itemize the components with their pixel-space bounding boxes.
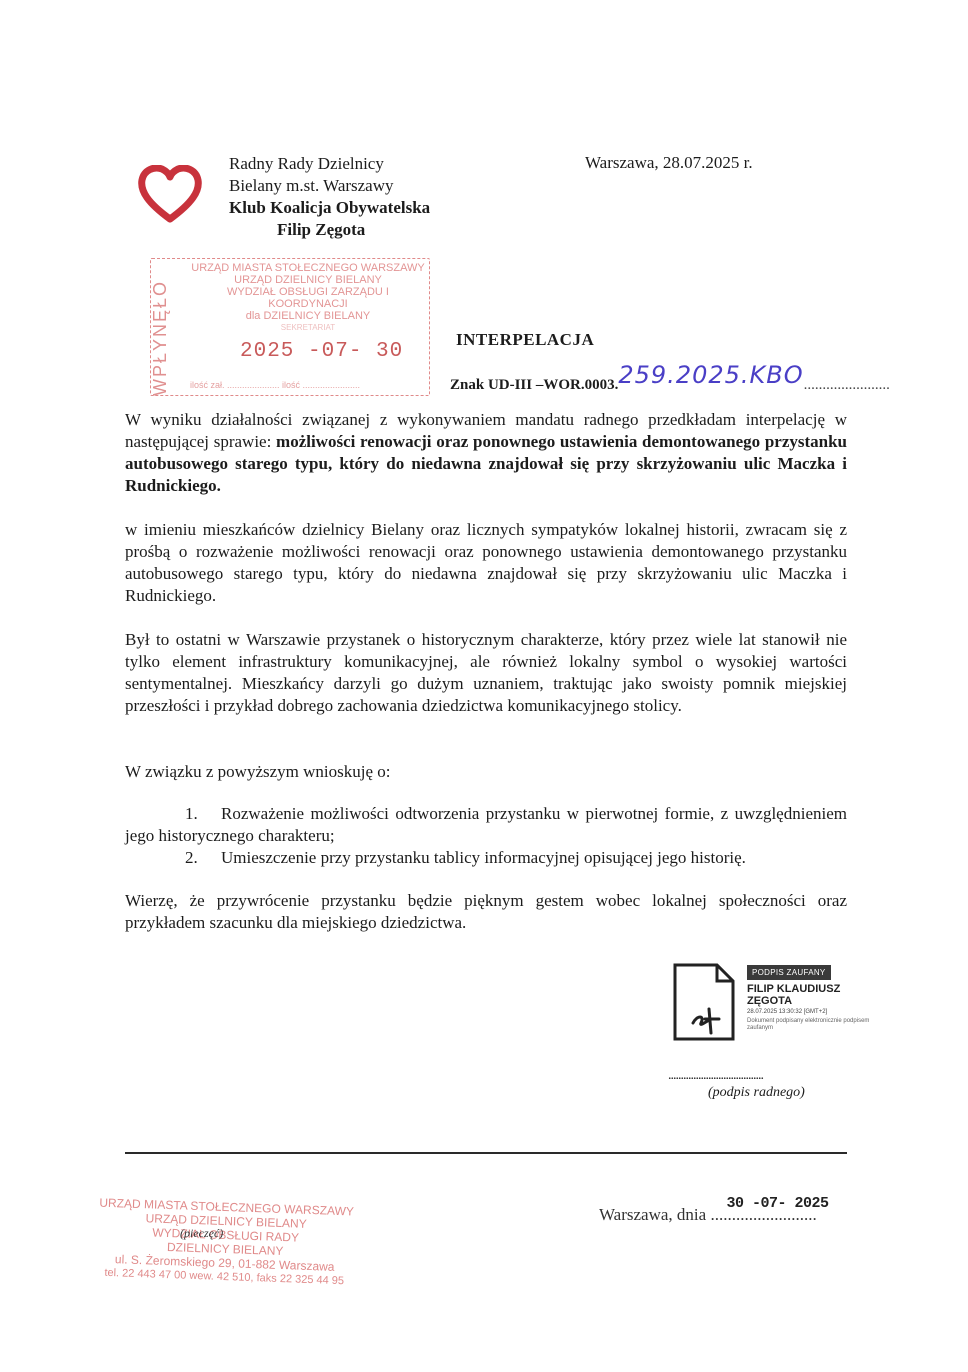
list-number: 1. [125, 803, 221, 825]
signature-caption: (podpis radnego) [708, 1085, 805, 1101]
stamp-date: 2025 -07- 30 [240, 340, 403, 363]
receipt-date-stamp: 30 -07- 2025 [726, 1195, 828, 1212]
stamp-caption: (pieczęć) [180, 1226, 223, 1241]
stamp-vertical-label: WPŁYNĘŁO [150, 278, 180, 398]
list-item: 2.Umieszczenie przy przystanku tablicy i… [125, 847, 847, 869]
sender-title: Radny Rady Dzielnicy [229, 153, 430, 175]
signed-document-icon [673, 963, 735, 1041]
stamp-line: dla DZIELNICY BIELANY [188, 310, 428, 322]
paragraph-motion: W związku z powyższym wnioskuję o: [125, 761, 847, 783]
signer-name-line1: FILIP KLAUDIUSZ [747, 983, 840, 995]
sender-district: Bielany m.st. Warszawy [229, 175, 430, 197]
request-list: 1.Rozważenie możliwości odtworzenia przy… [125, 803, 847, 869]
signature-line: ...................................... [668, 1068, 763, 1084]
reference-handwritten: 259.2025.KBO [618, 361, 803, 389]
sender-block: Radny Rady Dzielnicy Bielany m.st. Warsz… [229, 153, 430, 241]
reference-dots: ....................... [804, 377, 890, 393]
paragraph-intro: W wyniku działalności związanej z wykony… [125, 409, 847, 497]
list-number: 2. [125, 847, 221, 869]
reference-prefix: Znak UD-III –WOR.0003. [450, 377, 618, 393]
receipt-date-label: Warszawa, dnia [599, 1205, 706, 1224]
signer-name: FILIP KLAUDIUSZ ZĘGOTA [747, 983, 840, 1007]
stamp-line: WYDZIAŁ OBSŁUGI ZARZĄDU I KOORDYNACJI [188, 286, 428, 310]
list-text: Umieszczenie przy przystanku tablicy inf… [221, 848, 746, 867]
incoming-stamp: WPŁYNĘŁO URZĄD MIASTA STOŁECZNEGO WARSZA… [150, 258, 430, 396]
divider [125, 1152, 847, 1154]
stamp-line: SEKRETARIAT [188, 322, 428, 334]
place-date: Warszawa, 28.07.2025 r. [585, 153, 753, 173]
sender-club: Klub Koalicja Obywatelska [229, 197, 430, 219]
stamp-lines: URZĄD MIASTA STOŁECZNEGO WARSZAWY URZĄD … [188, 262, 428, 334]
list-text: Rozważenie możliwości odtworzenia przyst… [125, 804, 847, 845]
paragraph-history: Był to ostatni w Warszawie przystanek o … [125, 629, 847, 717]
list-item: 1.Rozważenie możliwości odtworzenia przy… [125, 803, 847, 847]
stamp-footer: ilość zał. ..................... ilość .… [190, 380, 360, 390]
document-title: INTERPELACJA [456, 330, 594, 350]
receipt-date: Warszawa, dnia .........................… [599, 1205, 817, 1225]
sender-name: Filip Zęgota [229, 219, 430, 241]
office-stamp: URZĄD MIASTA STOŁECZNEGO WARSZAWY URZĄD … [79, 1195, 372, 1300]
trusted-signature: PODPIS ZAUFANY FILIP KLAUDIUSZ ZĘGOTA 28… [673, 963, 873, 1053]
stamp-line: URZĄD DZIELNICY BIELANY [188, 274, 428, 286]
paragraph-closing: Wierzę, że przywrócenie przystanku będzi… [125, 890, 847, 934]
signer-name-line2: ZĘGOTA [747, 995, 840, 1007]
receipt-date-field: ......................... 30 -07- 2025 [710, 1205, 816, 1225]
signature-badge: PODPIS ZAUFANY [747, 965, 831, 980]
paragraph-request: w imieniu mieszkańców dzielnicy Bielany … [125, 519, 847, 607]
stamp-line: URZĄD MIASTA STOŁECZNEGO WARSZAWY [188, 262, 428, 274]
signature-timestamp: 28.07.2025 13:30:32 [GMT+2] [747, 1009, 827, 1015]
reference-number: Znak UD-III –WOR.0003.259.2025.KBO......… [450, 367, 890, 395]
heart-icon [138, 165, 202, 223]
signature-note: Dokument podpisany elektronicznie podpis… [747, 1018, 877, 1032]
